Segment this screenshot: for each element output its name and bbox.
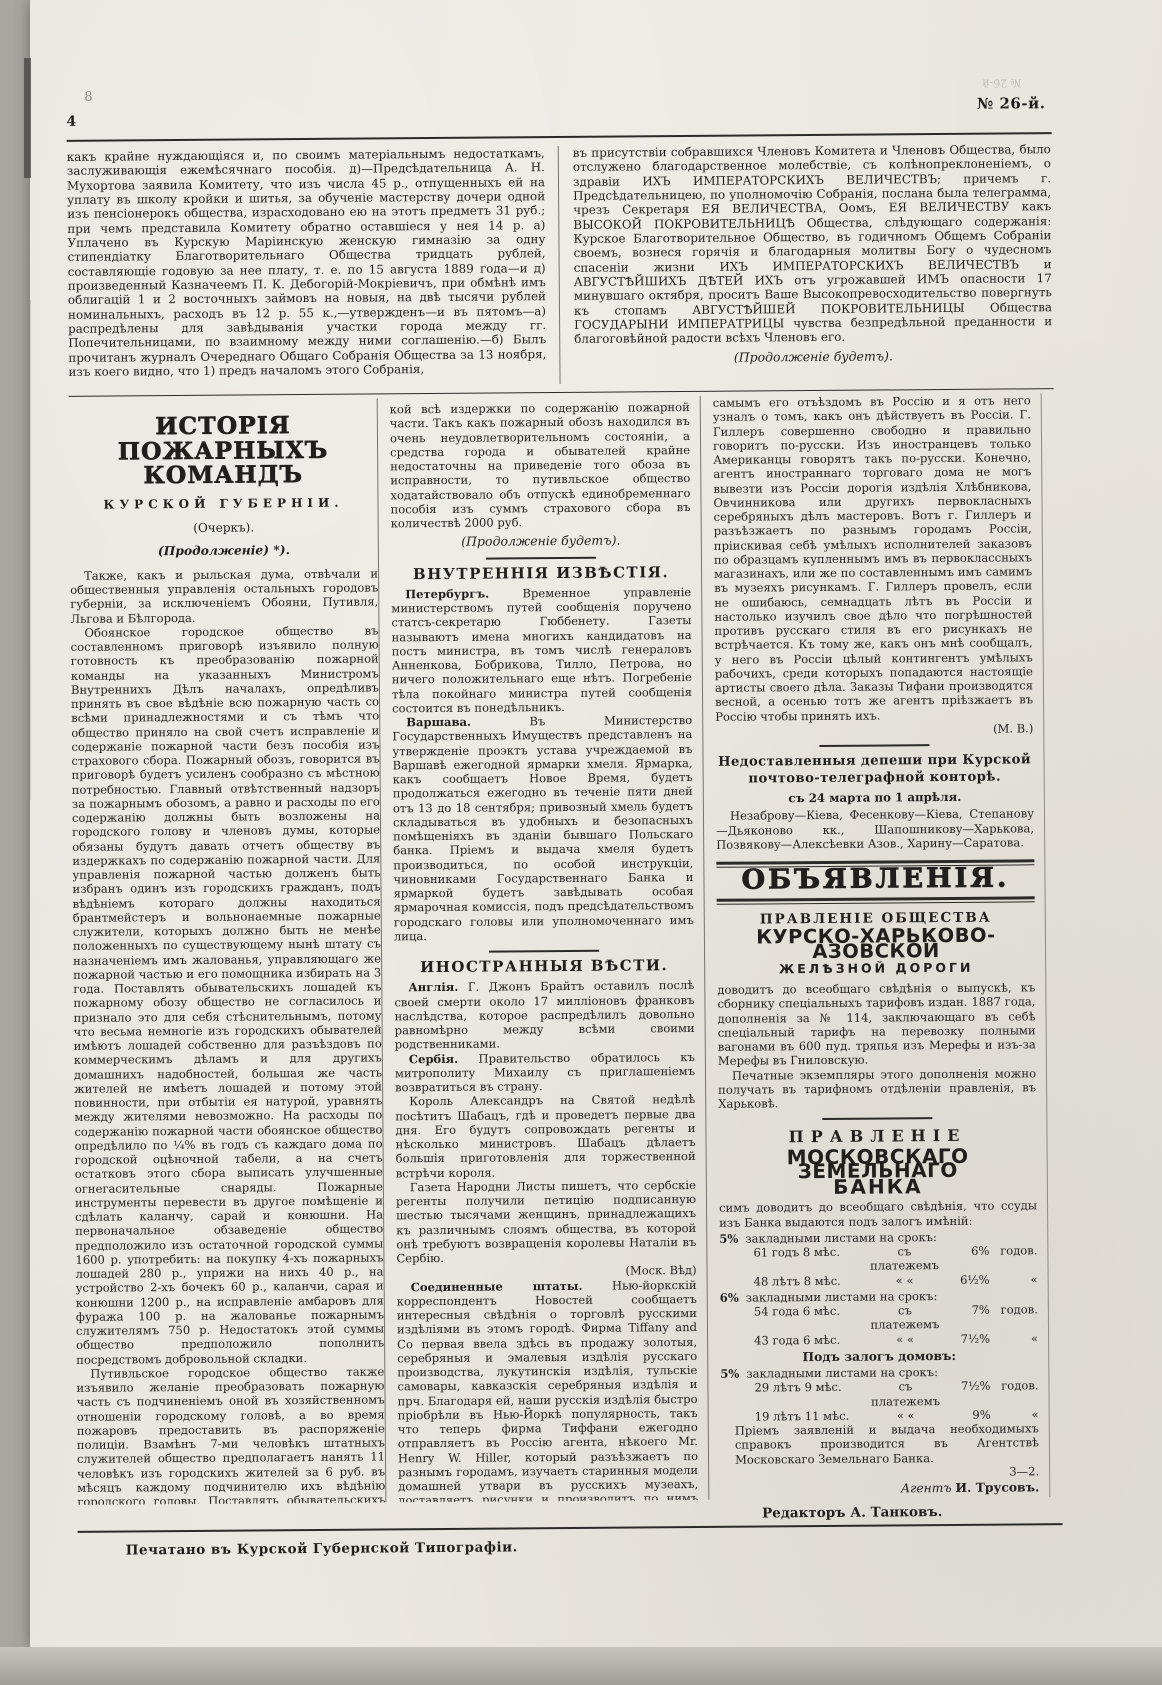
rate-percent: 5% — [720, 1367, 746, 1381]
attribution-mv: (М. В.) — [715, 721, 1033, 738]
rate-mid: « « — [867, 1408, 945, 1423]
fire-article-title: ИСТОРІЯ ПОЖАРНЫХЪ КОМАНДЪ — [69, 412, 378, 488]
rate-tail: годов. — [989, 1243, 1037, 1272]
railway-ad-line2: КУРСКО-ХАРЬКОВО-АЗОВСКОЙ — [717, 929, 1035, 960]
rate-mid: « « — [866, 1332, 944, 1347]
undelivered-telegrams-dates: съ 24 марта по 1 апрѣля. — [716, 789, 1034, 806]
divider-rule — [486, 556, 596, 559]
rate-term: 54 года 6 мѣс. — [754, 1304, 866, 1333]
fire-paragraph: Обоянское городское общество въ составле… — [70, 623, 384, 1366]
rate-term: 19 лѣтъ 11 мѣс. — [755, 1408, 867, 1423]
rate-tail: « — [991, 1407, 1039, 1422]
agent-signature: Агентъ И. Трусовъ. — [721, 1480, 1039, 1497]
news-lead: Сербія. — [409, 1051, 458, 1065]
rate-row: 61 годъ 8 мѣс.съ платежемъ6%годов. — [719, 1243, 1037, 1274]
scan-edge-artifact — [24, 58, 31, 178]
news-item-warsaw: Варшава. Въ Министерство Государственных… — [392, 713, 694, 943]
rate-pct: 7½% — [944, 1379, 990, 1408]
news-lead: Петербургъ. — [405, 586, 489, 601]
news-item-petersburg: Петербургъ. Временное управленіе министе… — [391, 585, 692, 716]
domestic-news-heading: ВНУТРЕННІЯ ИЗВѢСТІЯ. — [391, 564, 691, 581]
rate-pct: 6% — [943, 1244, 989, 1273]
rate-tail: « — [990, 1331, 1038, 1346]
foreign-news-heading: ИНОСТРАННЫЯ ВѢСТИ. — [394, 958, 694, 975]
houses-pledge-header: Подъ залогъ домовъ: — [720, 1348, 1038, 1365]
news-lead: Соединенные штаты. — [411, 1278, 583, 1293]
rate-header-text: закладными листами на срокъ: — [746, 1365, 938, 1381]
rate-mid: съ платежемъ — [866, 1303, 944, 1332]
rate-header-text: закладными листами на срокъ: — [745, 1230, 937, 1246]
column-fire-history: ИСТОРІЯ ПОЖАРНЫХЪ КОМАНДЪ КУРСКОЙ ГУБЕРН… — [69, 398, 386, 1504]
corner-mark: 8 — [84, 90, 92, 105]
news-text: Нью-йоркскій корреспондентъ Новостей соо… — [397, 1277, 699, 1502]
news-item-england: Англія. Г. Джонъ Брайтъ оставилъ послѣ с… — [394, 978, 695, 1052]
news-text: Въ Министерство Государственныхъ Имущест… — [392, 713, 694, 943]
news-item-king-alexander: Король Александръ на Святой недѣлѣ посѣт… — [395, 1092, 696, 1180]
rate-tail: годов. — [990, 1302, 1038, 1331]
bank-ad-intro: симъ доводитъ до всеобщаго свѣдѣнія, что… — [719, 1199, 1037, 1230]
three-column-section: ИСТОРІЯ ПОЖАРНЫХЪ КОМАНДЪ КУРСКОЙ ГУБЕРН… — [69, 393, 1063, 1505]
fire-article-continuation-note: (Продолженіе) *). — [70, 542, 378, 559]
rate-term: 48 лѣтъ 8 мѣс. — [754, 1273, 866, 1288]
tiffany-continuation-paragraph: самымъ его отъѣздомъ въ Россію и я отъ н… — [713, 393, 1034, 723]
page-content: 8 4 № 26-й № 26-й. какъ крайне нуждающія… — [66, 80, 1063, 1559]
rate-pct: 6½% — [944, 1272, 990, 1287]
agent-label: Агентъ — [901, 1481, 952, 1495]
rate-term: 29 лѣтъ 9 мѣс. — [754, 1380, 866, 1409]
divider-rule — [819, 744, 929, 747]
page-number: 4 — [66, 114, 76, 130]
rate-percent: 6% — [720, 1290, 746, 1304]
newspaper-scan-page: { "page": { "corner_mark": "8", "page_nu… — [0, 0, 1162, 1685]
top-left-column: какъ крайне нуждающіяся и, по своимъ мат… — [67, 146, 547, 388]
ad-issue-mark: 3—2. — [721, 1464, 1039, 1481]
rate-pct: 7½% — [944, 1331, 990, 1346]
rate-pct: 9% — [945, 1407, 991, 1422]
column-news: кой всѣ издержки по содержанію пожарной … — [377, 396, 709, 1503]
rate-term: 61 годъ 8 мѣс. — [753, 1245, 865, 1274]
bank-ad-line1: ПРАВЛЕНІЕ — [718, 1129, 1036, 1146]
divider-rule — [489, 950, 599, 953]
rate-row: 29 лѣтъ 9 мѣс.съ платежемъ7½%годов. — [720, 1379, 1038, 1410]
rate-header-text: закладными листами на срокъ: — [746, 1289, 938, 1305]
issue-number-bleedthrough: № 26-й — [982, 76, 1021, 89]
fire-article-subtitle: КУРСКОЙ ГУБЕРНІИ. — [69, 495, 377, 512]
fire-article-genre: (Очеркъ). — [70, 520, 378, 537]
rate-mid: съ платежемъ — [866, 1379, 944, 1408]
railway-ad-paragraph: Печатные экземпляры этого дополненія мож… — [718, 1066, 1036, 1111]
fire-continuation-paragraph: кой всѣ издержки по содержанію пожарной … — [390, 400, 691, 531]
column-ads: самымъ его отъѣздомъ въ Россію и я отъ н… — [700, 393, 1051, 1500]
undelivered-telegrams-list: Незаброву—Кіева, Фесенкову—Кіева, Степан… — [716, 807, 1034, 852]
bank-ad-line3: БАНКА — [719, 1178, 1037, 1195]
scan-bottom-edge — [0, 1647, 1162, 1685]
news-text: Временное управленіе министерствомъ путе… — [391, 585, 692, 715]
news-lead: Англія. — [408, 980, 458, 994]
news-item-serbia: Сербія. Правительство обратилось къ митр… — [395, 1049, 695, 1094]
rate-mid: « « — [866, 1273, 944, 1288]
rate-percent: 5% — [719, 1231, 745, 1245]
railway-ad-line3: ЖЕЛѢЗНОЙ ДОРОГИ — [717, 960, 1035, 977]
charity-report-text-left: какъ крайне нуждающіяся и, по своимъ мат… — [67, 146, 547, 379]
rate-row: 43 года 6 мѣс.« «7½%« — [720, 1331, 1038, 1348]
to-be-continued-note-fire: (Продолженіе будетъ). — [391, 533, 691, 550]
undelivered-telegrams-title: Недоставленныя депеши при Курской почтов… — [715, 752, 1033, 787]
rate-row: 48 лѣтъ 8 мѣс.« «6½%« — [720, 1272, 1038, 1289]
divider-rule — [822, 1117, 932, 1120]
news-item-united-states: Соединенные штаты. Нью-йоркскій корреспо… — [397, 1277, 699, 1502]
advertisements-heading: ОБЪЯВЛЕНІЯ. — [716, 872, 1034, 889]
top-two-column-section: какъ крайне нуждающіяся и, по своимъ мат… — [67, 142, 1054, 388]
scan-edge-artifact-light — [27, 300, 31, 800]
charity-report-text-right: въ присутствіи собравшихся Членовъ Комит… — [573, 142, 1053, 347]
fire-paragraph: Также, какъ и рыльская дума, отвѣчали и … — [70, 566, 378, 625]
page-header: 8 4 № 26-й № 26-й. — [66, 80, 1051, 140]
rate-term: 43 года 6 мѣс. — [754, 1332, 866, 1347]
thick-double-rule — [717, 896, 1035, 905]
rate-mid: съ платежемъ — [865, 1244, 943, 1273]
fire-paragraph: Путивльское городское общество также изъ… — [76, 1364, 385, 1505]
top-right-column: въ присутствіи собравшихся Членовъ Комит… — [558, 142, 1053, 384]
rate-row: 54 года 6 мѣс.съ платежемъ7%годов. — [720, 1302, 1038, 1333]
issue-number: № 26-й. — [977, 94, 1046, 113]
railway-ad-paragraph: доводитъ до всеобщаго свѣдѣнія о выпускѣ… — [717, 980, 1036, 1068]
news-item-narodni-listy: Газета Народни Листы пишетъ, что сербскі… — [396, 1178, 697, 1266]
to-be-continued-note-top: (Продолженіе будетъ). — [574, 348, 1052, 366]
agent-name: И. Трусовъ. — [955, 1479, 1039, 1495]
news-lead: Варшава. — [406, 715, 471, 730]
rate-pct: 7% — [944, 1303, 990, 1332]
rate-tail: годов. — [990, 1379, 1038, 1408]
bank-outro-text: Пріемъ заявленій и выдача необходимыхъ с… — [735, 1421, 1039, 1466]
bank-outro-row: Пріемъ заявленій и выдача необходимыхъ с… — [721, 1421, 1039, 1466]
rate-tail: « — [990, 1272, 1038, 1287]
